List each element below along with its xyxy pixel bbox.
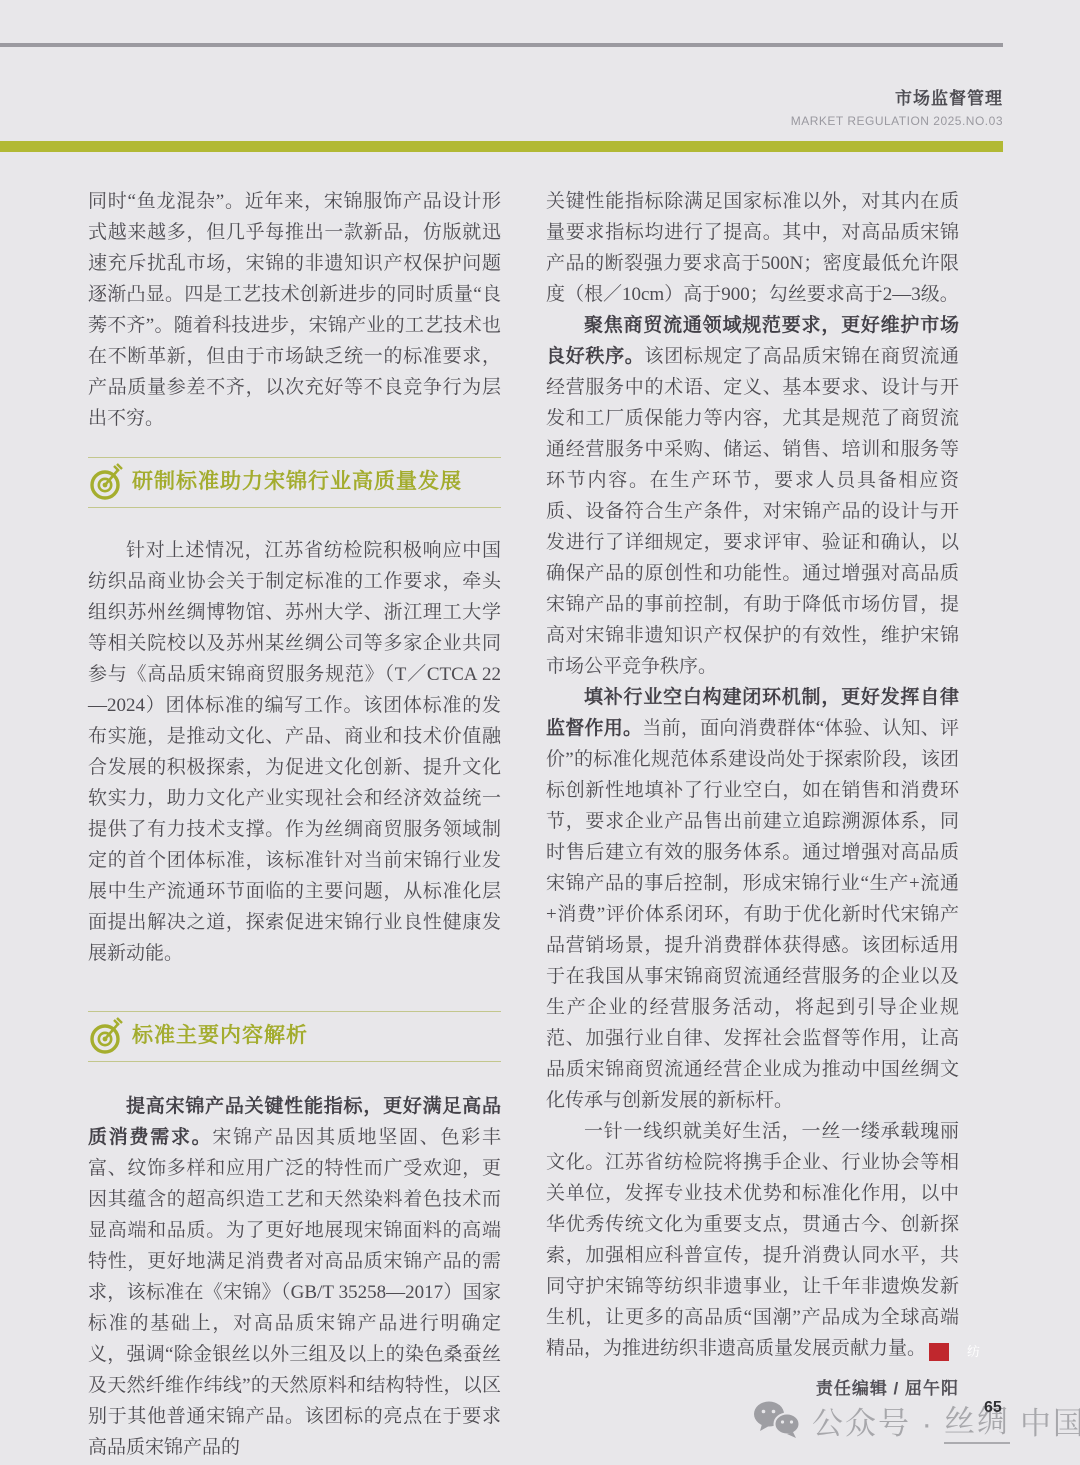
paragraph-continuation: 同时“鱼龙混杂”。近年来，宋锦服饰产品设计形式越来越多，但几乎每推出一款新品，仿… — [88, 186, 501, 434]
wechat-icon — [752, 1400, 802, 1440]
section-heading-1-label: 研制标准助力宋锦行业高质量发展 — [132, 464, 462, 500]
watermark-text-suffix: 中国 — [1020, 1398, 1080, 1443]
left-column: 同时“鱼龙混杂”。近年来，宋锦服饰产品设计形式越来越多，但几乎每推出一款新品，仿… — [88, 186, 501, 1463]
paragraph: 填补行业空白构建闭环机制，更好发挥自律监督作用。当前，面向消费群体“体验、认知、… — [546, 682, 959, 1116]
target-dart-icon — [88, 463, 124, 501]
journal-title-cn: 市场监督管理 — [791, 84, 1003, 109]
section-heading-2: 标准主要内容解析 — [88, 1011, 501, 1062]
wechat-watermark: 公众号 · 丝绸中国 — [752, 1396, 1080, 1444]
page-header: 市场监督管理 MARKET REGULATION 2025.NO.03 — [791, 84, 1003, 128]
section-heading-1: 研制标准助力宋锦行业高质量发展 — [88, 457, 501, 508]
paragraph-body: 宋锦产品因其质地坚固、色彩丰富、纹饰多样和应用广泛的特性而广受欢迎，更因其蕴含的… — [88, 1127, 501, 1458]
paragraph: 针对上述情况，江苏省纺检院积极响应中国纺织品商业协会关于制定标准的工作要求，牵头… — [88, 535, 501, 969]
paragraph: 提高宋锦产品关键性能指标，更好满足高品质消费需求。宋锦产品因其质地坚固、色彩丰富… — [88, 1091, 501, 1463]
section-heading-2-label: 标准主要内容解析 — [132, 1018, 308, 1054]
article-end-mark: 纺 — [929, 1343, 949, 1361]
paragraph-body: 该团标规定了高品质宋锦在商贸流通经营服务中的术语、定义、基本要求、设计与开发和工… — [546, 346, 959, 677]
target-dart-icon — [88, 1017, 124, 1055]
paragraph-body: 一针一线织就美好生活，一丝一缕承载瑰丽文化。江苏省纺检院将携手企业、行业协会等相… — [546, 1121, 959, 1359]
paragraph-body: 当前，面向消费群体“体验、认知、评价”的标准化规范体系建设尚处于探索阶段，该团标… — [546, 718, 959, 1111]
accent-bar — [0, 141, 1003, 152]
paragraph: 一针一线织就美好生活，一丝一缕承载瑰丽文化。江苏省纺检院将携手企业、行业协会等相… — [546, 1116, 959, 1364]
top-divider-rule — [0, 43, 1003, 47]
right-column: 关键性能指标除满足国家标准以外，对其内在质量要求指标均进行了提高。其中，对高品质… — [546, 186, 959, 1404]
magazine-page: 市场监督管理 MARKET REGULATION 2025.NO.03 同时“鱼… — [0, 0, 1080, 1465]
page-number: 65 — [984, 1399, 1002, 1417]
watermark-text-prefix: 公众号 · — [812, 1398, 934, 1443]
paragraph: 聚焦商贸流通领域规范要求，更好维护市场良好秩序。该团标规定了高品质宋锦在商贸流通… — [546, 310, 959, 682]
journal-title-en: MARKET REGULATION 2025.NO.03 — [791, 114, 1003, 128]
paragraph-continuation: 关键性能指标除满足国家标准以外，对其内在质量要求指标均进行了提高。其中，对高品质… — [546, 186, 959, 310]
